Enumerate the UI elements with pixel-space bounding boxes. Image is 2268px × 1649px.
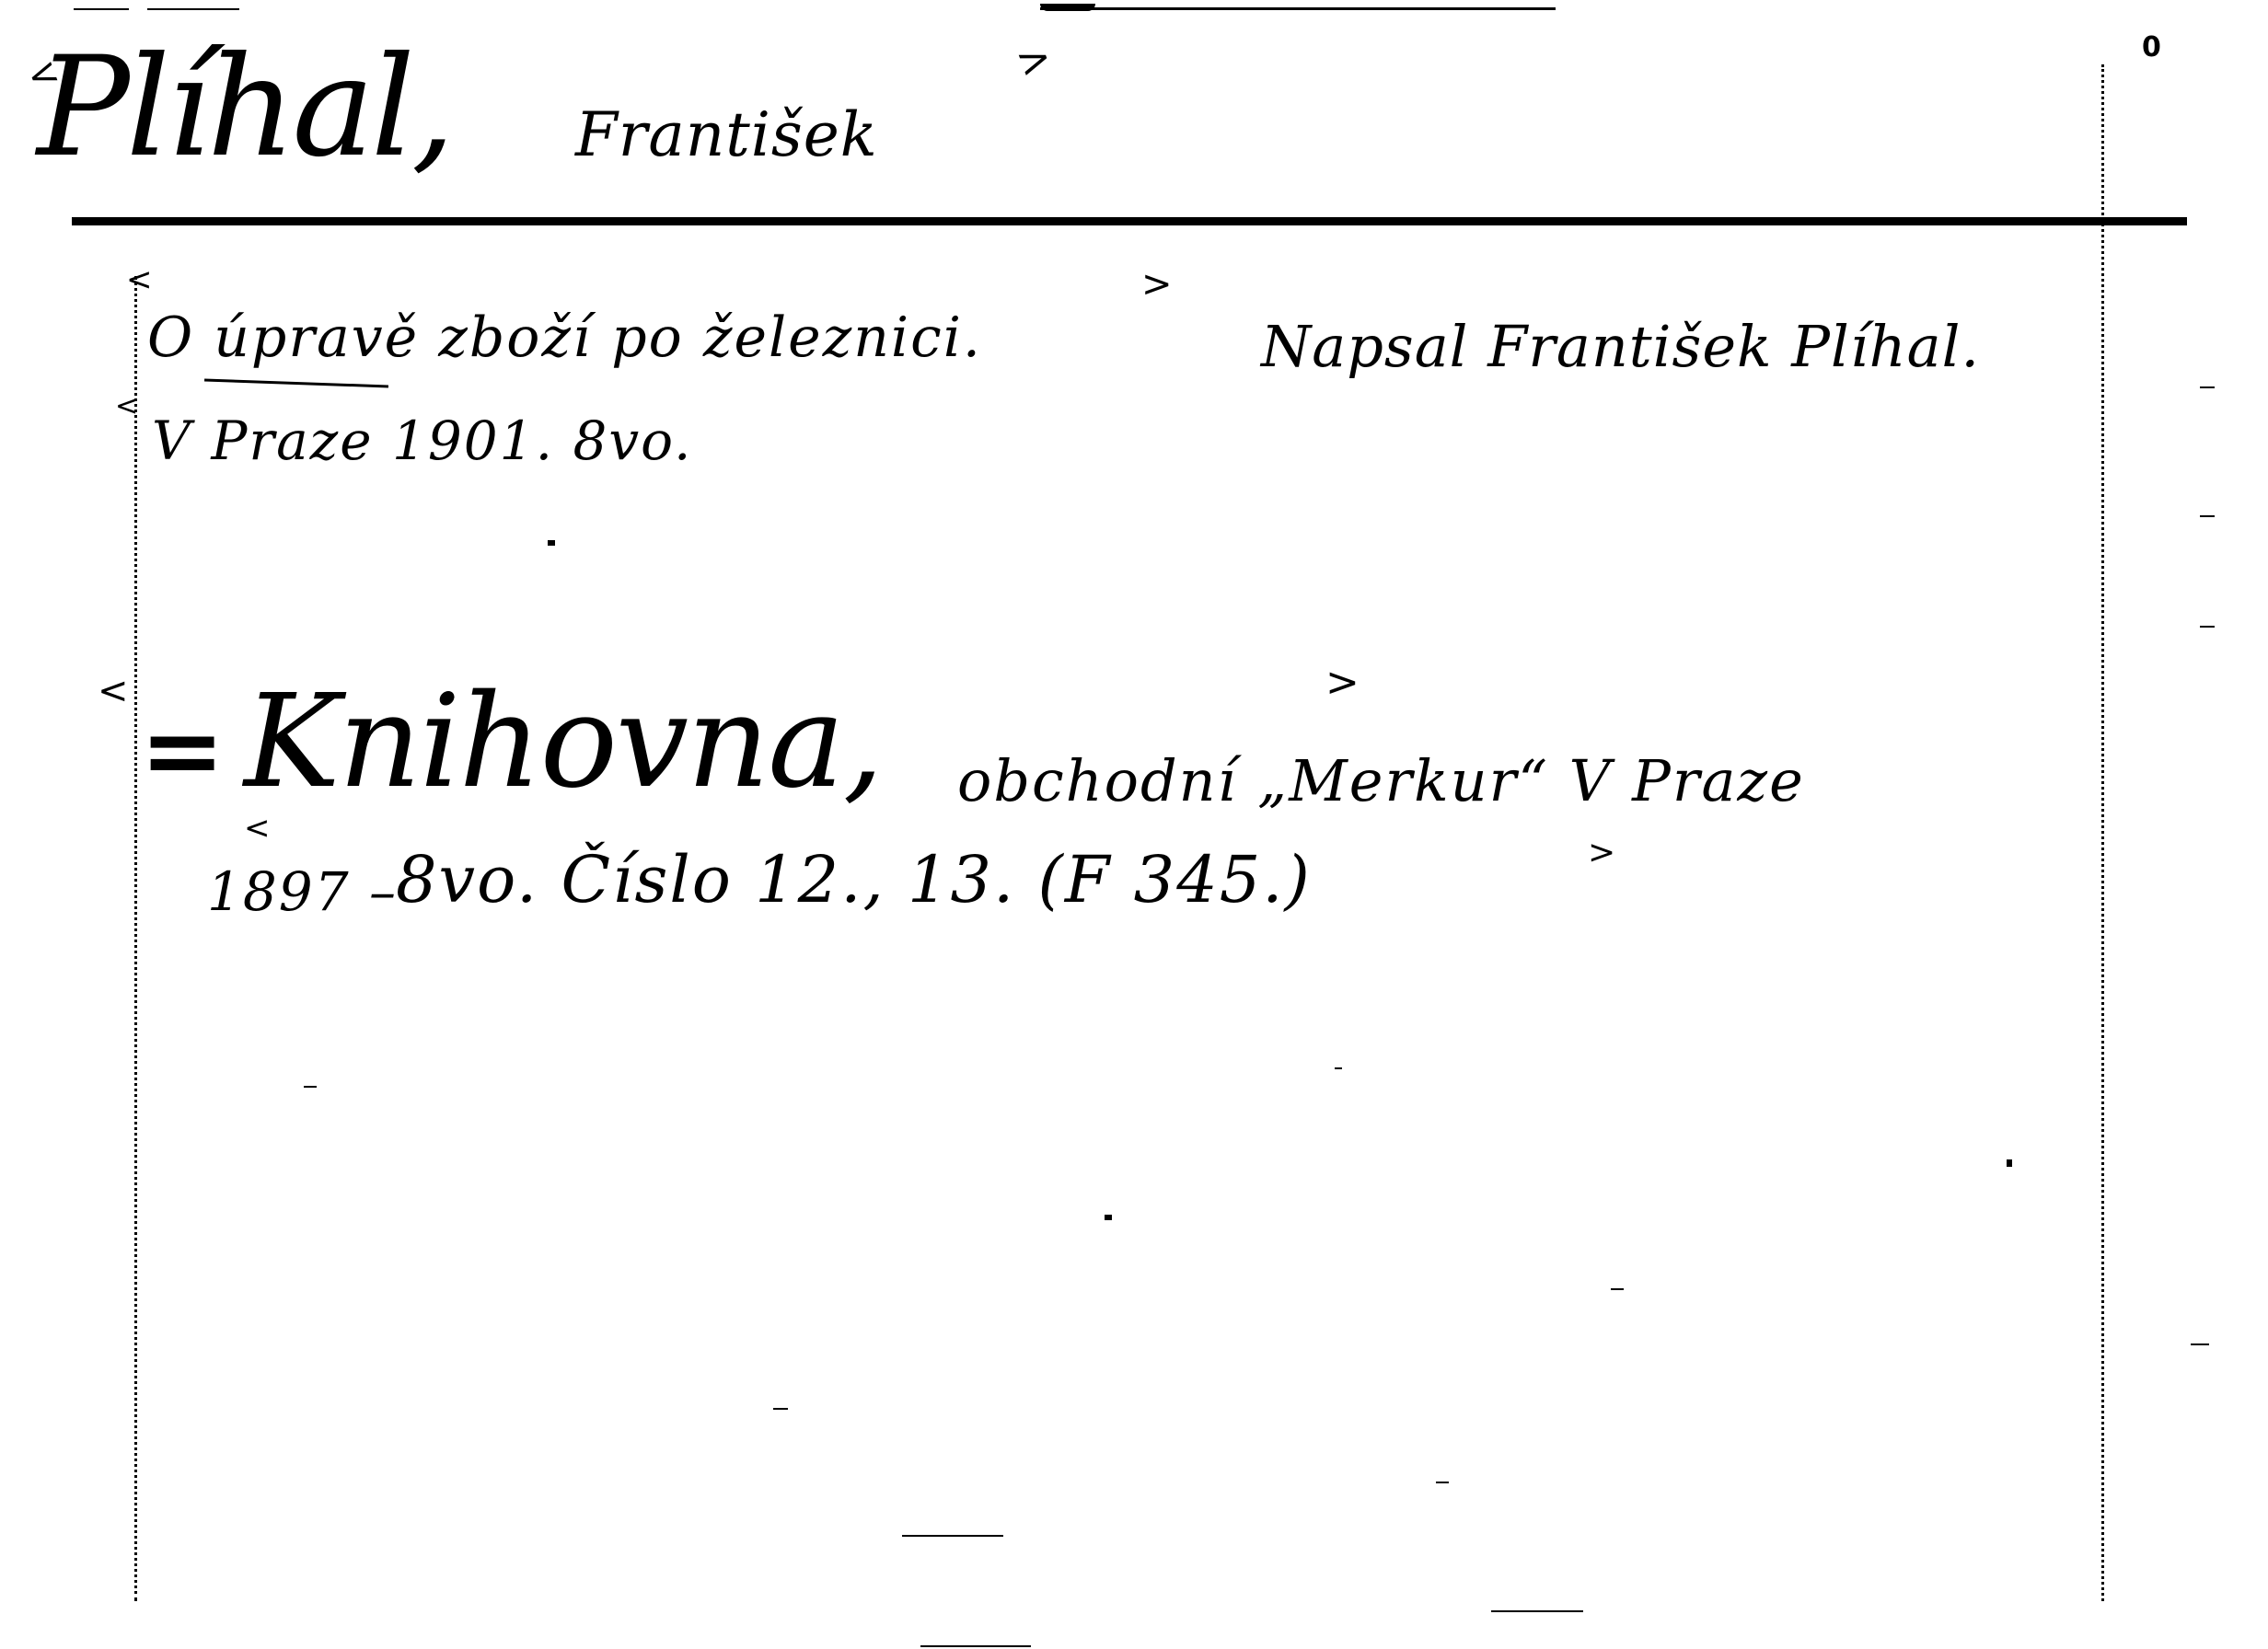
scan-speck <box>1040 4 1095 11</box>
scan-speck <box>147 8 239 10</box>
scan-speck <box>1436 1482 1449 1483</box>
heading-rule <box>72 217 2187 225</box>
editorial-open-mark: < <box>244 810 271 847</box>
entry-1-imprint: V Praze 1901. 8vo. <box>152 409 692 472</box>
heading-surname: Plíhal, <box>37 28 452 188</box>
editorial-open-mark: < <box>115 390 138 422</box>
editorial-close-mark: > <box>1010 32 1058 88</box>
scan-speck <box>2200 626 2215 628</box>
scan-speck <box>2200 386 2215 388</box>
right-margin-line <box>2101 64 2104 1601</box>
scan-speck <box>1491 1610 1583 1612</box>
scan-speck <box>1040 7 1556 10</box>
corner-mark: 0 <box>2142 31 2161 63</box>
entry-1-author: Napsal František Plíhal. <box>1261 313 1980 380</box>
left-margin-line <box>134 276 137 1601</box>
editorial-close-mark: > <box>1588 834 1615 871</box>
series-year-range: 1897 – <box>207 860 398 923</box>
editorial-open-mark: < <box>98 670 129 712</box>
scan-speck <box>773 1408 788 1410</box>
editorial-close-mark: > <box>1141 263 1173 306</box>
scan-speck <box>548 540 555 546</box>
editorial-open-mark: < <box>126 261 153 298</box>
entry-1-title: O úpravě zboží po železnici. <box>147 306 982 370</box>
scan-speck <box>902 1535 1003 1537</box>
scan-speck <box>1335 1067 1342 1069</box>
scan-speck <box>1611 1288 1624 1290</box>
title-underline <box>204 379 388 388</box>
scan-speck <box>74 8 129 10</box>
scan-speck <box>2200 515 2215 517</box>
scan-speck <box>304 1086 317 1088</box>
catalog-card: < Plíhal, František > 0 < O úpravě zboží… <box>0 0 2268 1649</box>
scan-speck <box>2007 1159 2012 1167</box>
series-title: Knihovna, <box>244 667 882 817</box>
scan-speck <box>2191 1343 2209 1345</box>
series-details: 8vo. Číslo 12., 13. (F 345.) <box>396 842 1312 917</box>
series-subtitle: obchodní „Merkur“ V Praze <box>957 747 1805 814</box>
heading-given-name: František <box>575 99 878 170</box>
series-equals-sign: = <box>140 690 225 809</box>
scan-speck <box>1105 1215 1112 1220</box>
scan-speck <box>920 1645 1031 1647</box>
editorial-close-mark: > <box>1325 659 1360 706</box>
